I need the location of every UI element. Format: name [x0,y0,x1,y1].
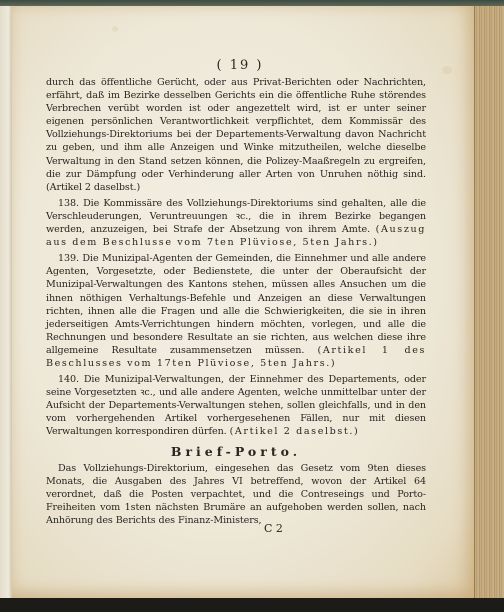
page-body: durch das öffentliche Gerücht, oder aus … [46,76,426,527]
article-number: 138. [58,198,79,209]
signature-mark: C 2 [264,522,283,535]
article-140: 140. Die Munizipal-Verwaltungen, der Ein… [46,373,426,438]
paragraph-text: durch das öffentliche Gerücht, oder aus … [46,77,426,180]
citation: (Artikel 2 daselbst.) [230,426,360,437]
article-138: 138. Die Kommissäre des Vollziehungs-Dir… [46,197,426,249]
paragraph-text: Die Kommissäre des Vollziehungs-Direktor… [46,198,426,235]
paragraph-continuation: durch das öffentliche Gerücht, oder aus … [46,76,426,194]
paper-stain [112,26,118,32]
article-139: 139. Die Munizipal-Agenten der Gemeinden… [46,252,426,370]
paragraph-text: Das Vollziehungs-Direktorium, eingesehen… [46,463,426,526]
page-block-fore-edge [474,6,504,598]
paper-stain [442,66,452,74]
citation: (Artikel 2 daselbst.) [46,182,140,193]
article-number: 139. [58,253,79,264]
section-heading: Brief-Porto. [46,445,426,458]
book-cover-bottom [0,598,504,612]
paragraph-brief-porto: Das Vollziehungs-Direktorium, eingesehen… [46,462,426,527]
page-number: ( 19 ) [200,58,280,73]
article-number: 140. [58,374,79,385]
paragraph-text: Die Munizipal-Agenten der Gemeinden, die… [46,253,426,356]
